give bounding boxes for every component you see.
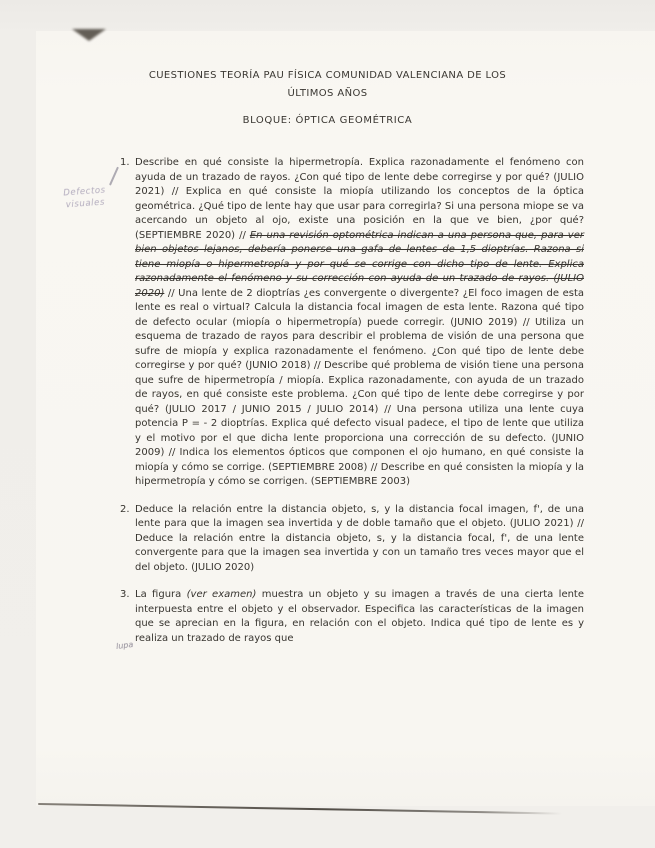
question-list: 1.Describe en qué consiste la hipermetro… — [120, 156, 584, 659]
handwritten-margin-note: Defectos visuales — [49, 184, 121, 213]
question-number: 3. — [120, 588, 130, 603]
question-number: 1. — [120, 156, 130, 171]
question-text: Deduce la relación entre la distancia ob… — [135, 503, 584, 576]
question-number: 2. — [120, 503, 130, 518]
question-text: La figura (ver examen) muestra un objeto… — [135, 588, 584, 646]
question-item: 2.Deduce la relación entre la distancia … — [120, 503, 584, 576]
document-title-line2: ÚLTIMOS AÑOS — [0, 85, 655, 103]
question-text-segment: Describe en qué consiste la hipermetropí… — [135, 157, 584, 241]
question-text: Describe en qué consiste la hipermetropí… — [135, 156, 584, 490]
document-title: CUESTIONES TEORÍA PAU FÍSICA COMUNIDAD V… — [0, 67, 655, 102]
question-text-segment: // Una lente de 2 dioptrías ¿es converge… — [135, 288, 584, 488]
question-text-segment: Deduce la relación entre la distancia ob… — [135, 504, 584, 573]
question-text-segment: (ver examen) — [187, 589, 257, 600]
question-item: 3.La figura (ver examen) muestra un obje… — [120, 588, 584, 646]
question-item: 1.Describe en qué consiste la hipermetro… — [120, 156, 584, 490]
document-title-line1: CUESTIONES TEORÍA PAU FÍSICA COMUNIDAD V… — [0, 67, 655, 85]
scanned-document: CUESTIONES TEORÍA PAU FÍSICA COMUNIDAD V… — [0, 0, 655, 848]
scan-smudge-mark — [72, 29, 106, 41]
question-text-segment: La figura — [135, 589, 187, 600]
section-heading: BLOQUE: ÓPTICA GEOMÉTRICA — [0, 115, 655, 126]
